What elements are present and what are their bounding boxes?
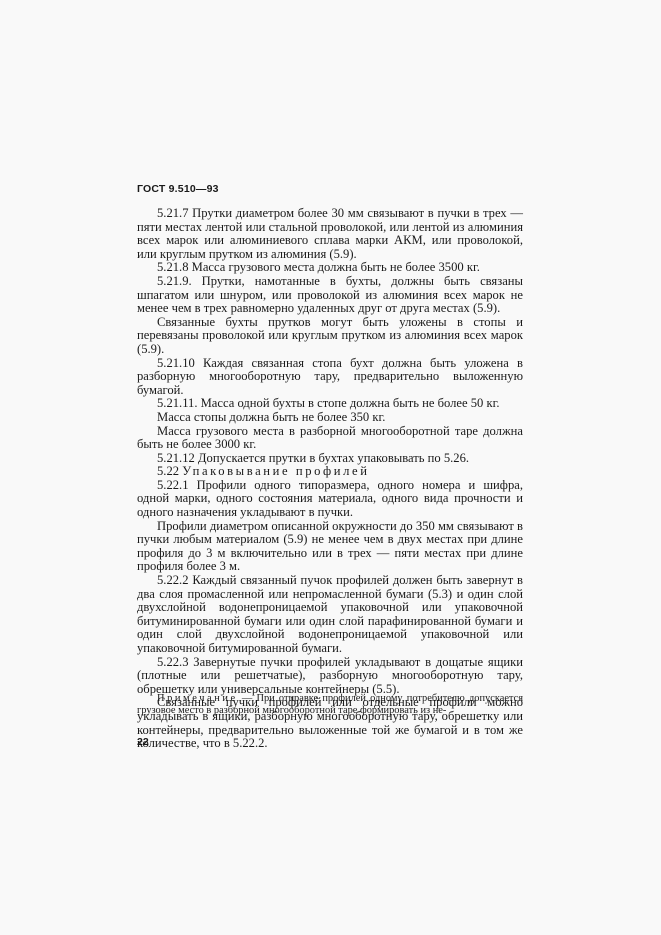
page-number: 22 (137, 736, 149, 748)
paragraph: 5.21.8 Масса грузового места должна быть… (137, 261, 523, 275)
paragraph: 5.22.2 Каждый связанный пучок профилей д… (137, 574, 523, 656)
paragraph: Масса грузового места в разборной многоо… (137, 425, 523, 452)
section-heading: 5.22 Упаковывание профилей (137, 465, 523, 479)
note-paragraph: Примечание — При отправке профилей одном… (137, 693, 523, 718)
note: Примечание — При отправке профилей одном… (137, 693, 523, 718)
note-label: Примечание (157, 693, 238, 704)
body-text: 5.21.7 Прутки диаметром более 30 мм связ… (137, 207, 523, 751)
paragraph: 5.21.9. Прутки, намотанные в бухты, долж… (137, 275, 523, 316)
paragraph: Профили диаметром описанной окружности д… (137, 520, 523, 574)
section-number: 5.22 (157, 464, 179, 478)
section-title: Упаковывание профилей (182, 464, 369, 478)
paragraph: 5.21.7 Прутки диаметром более 30 мм связ… (137, 207, 523, 261)
paragraph: 5.22.3 Завернутые пучки профилей укладыв… (137, 656, 523, 697)
paragraph: Связанные бухты прутков могут быть уложе… (137, 316, 523, 357)
paragraph: 5.21.12 Допускается прутки в бухтах упак… (137, 452, 523, 466)
paragraph: 5.21.11. Масса одной бухты в стопе должн… (137, 397, 523, 411)
paragraph: 5.21.10 Каждая связанная стопа бухт долж… (137, 357, 523, 398)
document-header: ГОСТ 9.510—93 (137, 183, 219, 195)
paragraph: Масса стопы должна быть не более 350 кг. (137, 411, 523, 425)
paragraph: 5.22.1 Профили одного типоразмера, одног… (137, 479, 523, 520)
